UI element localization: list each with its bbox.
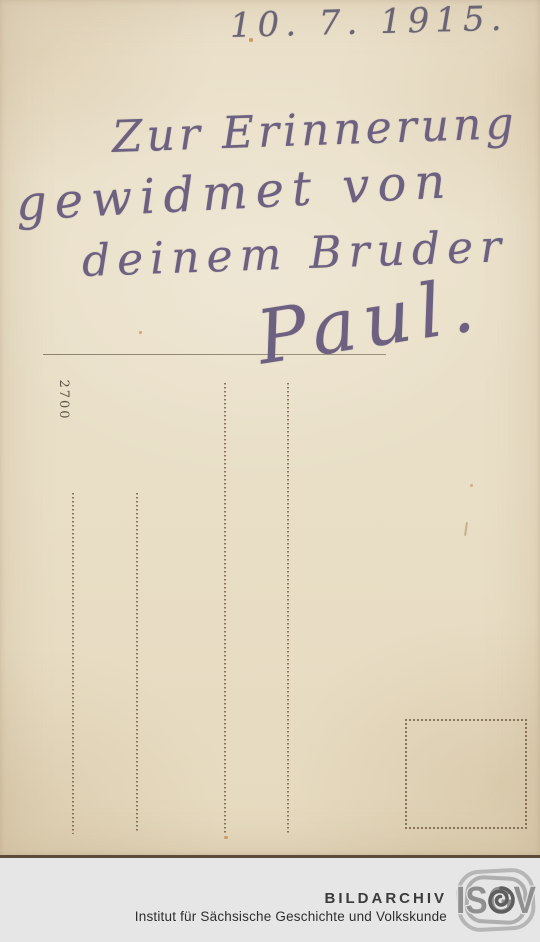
archive-name: BILDARCHIV (135, 890, 447, 908)
stamp-box (405, 719, 527, 829)
dotted-divider-line-4 (287, 383, 289, 834)
handwritten-date: 10. 7. 1915. (229, 0, 507, 46)
dotted-divider-line-3 (224, 383, 226, 834)
isgv-logo: ISGV (454, 863, 538, 942)
handwriting-line-1: Zur Erinnerung (111, 98, 518, 163)
postcard-back: 10. 7. 1915. Zur Erinnerung gewidmet von… (0, 0, 540, 858)
paper-stain (224, 836, 228, 839)
isgv-logo-icon: ISGV (454, 863, 538, 939)
paper-stain (139, 331, 142, 334)
archive-footer-text: BILDARCHIV Institut für Sächsische Gesch… (135, 890, 447, 925)
paper-scratch (464, 522, 468, 536)
handwriting-line-2: gewidmet von (15, 153, 455, 232)
dotted-divider-line-2 (136, 493, 138, 832)
paper-stain (470, 484, 473, 487)
institute-name: Institut für Sächsische Geschichte und V… (135, 908, 447, 925)
archive-footer: BILDARCHIV Institut für Sächsische Gesch… (0, 858, 540, 942)
dotted-divider-line-1 (72, 493, 74, 834)
scan-page: 10. 7. 1915. Zur Erinnerung gewidmet von… (0, 0, 540, 942)
paper-stain (249, 38, 253, 42)
print-number: 2700 (41, 376, 87, 424)
